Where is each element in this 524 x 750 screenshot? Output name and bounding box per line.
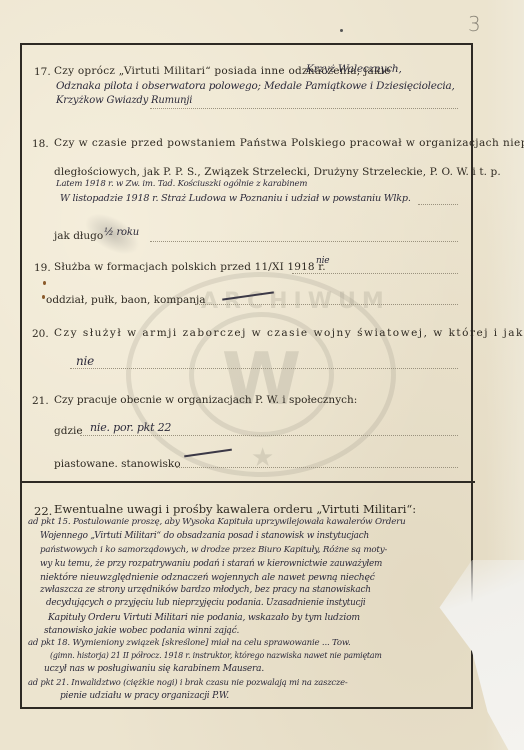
page-number: 3 [468,12,481,36]
item-18-duration-label: jak długo [54,229,103,243]
item-19-number: 19. [34,262,51,274]
item-20-fill-line [70,368,458,369]
item-22-answer-line-9: stanowisko jakie wobec podania winni zaj… [44,626,239,636]
punch-dot [340,29,343,32]
item-22-question: Ewentualne uwagi i prośby kawalera order… [54,502,416,516]
item-20-question: Czy służył w armji zaborczej w czasie wo… [54,326,524,340]
item-21-where-label: gdzie [54,424,83,438]
item-22-answer-line-8: Kapituły Orderu Virtuti Militari nie pod… [48,612,360,623]
item-17-number: 17. [34,66,51,78]
item-22-answer-line-14: pienie udziału w pracy organizacji P.W. [60,691,229,701]
item-19-fill-line [292,273,458,274]
item-20-answer: nie [76,354,94,368]
item-22-answer-line-13: ad pkt 21. Inwalidztwo (ciężkie nogi) i … [28,677,348,687]
stamp-star-icon: ★ [251,443,274,473]
item-22-answer-line-1: ad pkt 15. Postulowanie proszę, aby Wyso… [28,517,405,527]
section-separator [20,481,475,483]
item-22-answer-line-10: ad pkt 18. Wymieniony związek [skreślone… [28,638,351,648]
rust-spot [42,295,45,299]
item-22-number: 22. [34,504,52,518]
item-22-answer-line-11: (gimn. historja) 21 II półrocz. 1918 r. … [50,651,382,660]
item-21-number: 21. [32,395,49,407]
item-17-answer-line-3: Krzyżkow Gwiazdy Rumunji [56,95,192,106]
item-21-question: Czy pracuje obecnie w organizacjach P. W… [54,393,357,407]
item-18-number: 18. [32,138,49,150]
item-18-question-line-2: dległościowych, jak P. P. S., Związek St… [54,165,501,179]
item-19-unit-label: oddział, pułk, baon, kompanja [46,293,206,307]
item-18-duration-value: ½ roku [104,227,139,238]
item-17-answer-line-1: Krzyż Walecznych, [306,63,402,75]
item-18-question-line-1: Czy w czasie przed powstaniem Państwa Po… [54,136,524,150]
item-22-answer-line-3: państwowych i ko samorządowych, w drodze… [40,545,387,555]
item-18-duration-fill-line [150,241,458,242]
item-17-fill-line [150,108,458,109]
item-20-number: 20. [32,328,49,340]
item-19-unit-fill-line [196,304,458,305]
item-22-answer-line-7: decydujących o przyjęciu lub nieprzyjęci… [46,598,365,608]
item-18-fill-line-1 [418,204,458,205]
item-21-position-label: piastowane. stanowisko [54,457,181,471]
stamp-letter: W [194,337,329,421]
item-21-where-fill-line [80,435,458,436]
rust-spot [43,281,46,285]
item-22-answer-line-5: niektóre nieuwzględnienie odznaczeń woje… [40,572,375,583]
item-22-answer-line-12: uczył nas w posługiwaniu się karabinem M… [44,664,264,674]
item-22-answer-line-2: Wojennego „Virtuti Militari“ do obsadzan… [40,531,369,541]
item-21-where-value: nie. por. pkt 22 [90,421,171,434]
item-18-answer-line-2: W listopadzie 1918 r. Straż Ludowa w Poz… [60,193,411,204]
item-21-position-fill-line [176,467,458,468]
item-19-answer: nie [316,256,329,266]
item-22-answer-line-4: wy ku temu, że przy rozpatrywaniu podań … [40,559,382,569]
item-17-answer-line-2: Odznaka pilota i obserwatora polowego; M… [56,80,455,92]
item-18-answer-line-1: Latem 1918 r. w Zw. im. Tad. Kościuszki … [56,179,307,189]
item-22-answer-line-6: zwłaszcza ze strony urzędników bardzo mł… [40,585,371,595]
item-19-question: Służba w formacjach polskich przed 11/XI… [54,260,326,274]
